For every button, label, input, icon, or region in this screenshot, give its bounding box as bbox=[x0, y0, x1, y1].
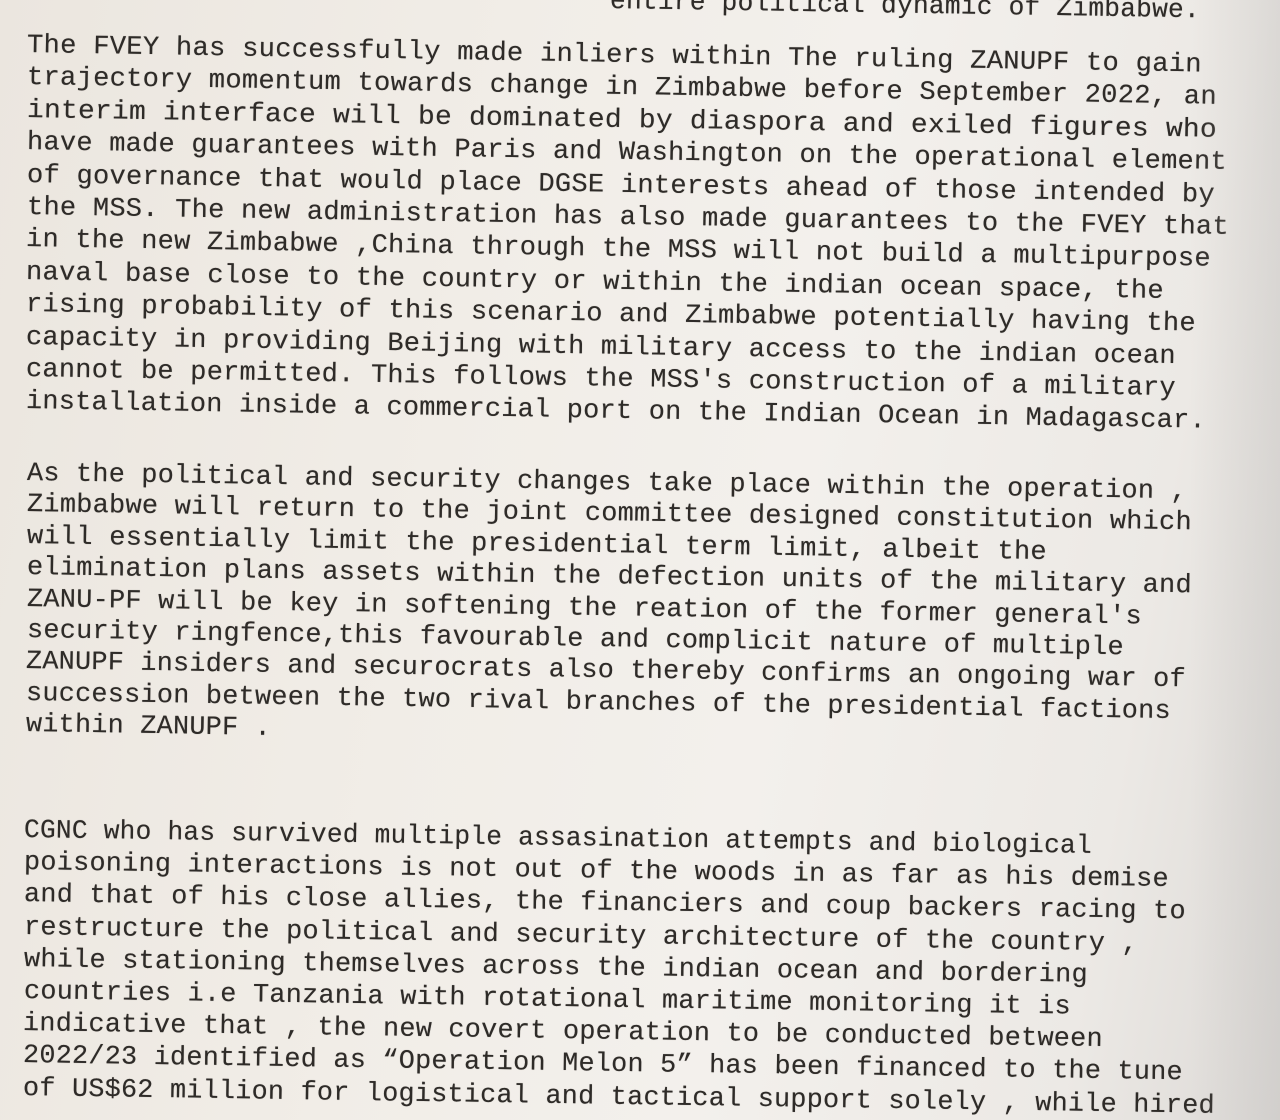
paragraph-2-line: within ZANUPF . bbox=[26, 709, 271, 743]
partial-top-line: entire political dynamic of Zimbabwe. bbox=[610, 0, 1200, 25]
document-page: entire political dynamic of Zimbabwe.The… bbox=[0, 0, 1280, 1120]
